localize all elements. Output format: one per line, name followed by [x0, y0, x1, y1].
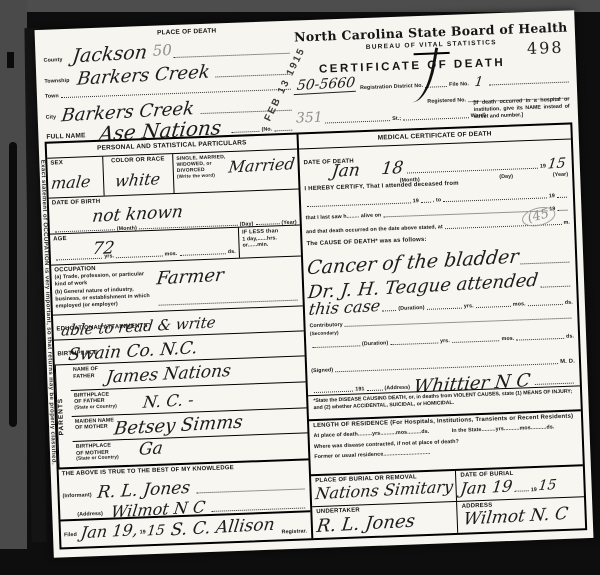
dotted-line [540, 286, 570, 288]
duration-label: (Duration) [398, 305, 425, 313]
county-label: County [44, 57, 63, 64]
dotted-line [314, 391, 353, 393]
dotted-line [232, 131, 260, 133]
filed-year-printed: 19 [140, 530, 146, 537]
dotted-line [274, 130, 292, 132]
scanned-record: Exact statement of OCCUPATION is very im… [0, 0, 600, 575]
dotted-line [325, 120, 391, 123]
pencil-number: 351 [296, 111, 323, 126]
occupation-a-value: Farmer [156, 267, 225, 289]
scan-smudge [9, 142, 17, 427]
registrar-label: Registrar. [282, 529, 308, 537]
duration-ds: ds. [565, 300, 573, 307]
town-label: Town [45, 94, 59, 101]
dotted-line [534, 383, 573, 385]
registration-district-value: 50-5660 [294, 76, 358, 95]
burial-place-value: Nations Simitary [315, 479, 455, 503]
dotted-line [390, 342, 438, 345]
dotted-line [515, 490, 529, 492]
duration2-mos: mos. [502, 336, 515, 343]
duration-mos: mos. [513, 302, 526, 309]
dotted-line [557, 210, 567, 211]
st-label: St.; [392, 116, 401, 123]
mother-name-value: Betsey Simms [113, 413, 244, 438]
sex-label: SEX [50, 159, 99, 168]
dotted-line [159, 300, 298, 306]
scan-border-top [0, 0, 600, 12]
township-label: Township [44, 78, 69, 86]
father-name-label: NAME OF FATHER [73, 366, 107, 380]
race-label: COLOR OR RACE [106, 156, 169, 165]
mother-birthplace-value: Ga [138, 441, 164, 459]
dotted-line [516, 338, 564, 341]
personal-section-title: PERSONAL AND STATISTICAL PARTICULARS [97, 139, 247, 152]
marital-value: Married [228, 156, 296, 176]
dotted-line [179, 253, 225, 256]
dotted-line [382, 310, 396, 312]
father-name-value: James Nations [105, 363, 232, 387]
medical-section-title: MEDICAL CERTIFICATE OF DEATH [378, 130, 492, 142]
sex-value: male [50, 174, 91, 192]
father-birthplace-value: N. C. - [142, 392, 194, 411]
registered-no-label: Registered No. [427, 98, 466, 106]
medical-certificate-column: MEDICAL CERTIFICATE OF DEATH DATE OF DEA… [299, 125, 586, 539]
age-ds-label: ds. [228, 249, 236, 256]
dotted-line [421, 202, 431, 203]
certificate-header: PLACE OF DEATH County Jackson 50 Townshi… [35, 10, 579, 142]
hospital-note: [If death occurred in a hospital or inst… [473, 97, 570, 122]
age-yrs-label: yrs. [104, 254, 114, 261]
dotted-line [452, 340, 500, 343]
city-label: City [46, 115, 57, 122]
duration2-ds: ds. [566, 334, 574, 341]
secondary-label: (Secondary) [310, 331, 339, 338]
place-of-death-block: PLACE OF DEATH County Jackson 50 Townshi… [43, 21, 295, 142]
dotted-line [427, 308, 462, 310]
dod-year-printed: 19 [540, 164, 546, 171]
certify-19a: 19 [413, 198, 419, 205]
burial-year-value: 15 [538, 478, 558, 493]
file-no-label: File No. [449, 82, 469, 89]
residence-at-place: At place of death.........yrs..........m… [313, 428, 451, 440]
county-value: Jackson [71, 43, 148, 66]
dotted-line [56, 258, 102, 261]
mother-name-label: MAIDEN NAME OF MOTHER [75, 417, 115, 432]
duration2-yrs: yrs. [440, 338, 450, 345]
certify-to: , to [433, 198, 442, 205]
contributory-label: Contributory [309, 322, 343, 330]
certificate-form: PERSONAL AND STATISTICAL PARTICULARS SEX… [45, 122, 588, 549]
burial-year-printed: 19 [531, 487, 537, 494]
occupation-a-label: (a) Trade, profession, or particular kin… [54, 271, 146, 288]
dotted-line [557, 197, 567, 198]
dotted-line [445, 224, 562, 229]
file-no-value: 1 [474, 76, 484, 90]
dotted-line [255, 223, 279, 225]
certify-19b: 19 [549, 194, 555, 201]
undertaker-value: R. L. Jones [316, 513, 416, 536]
dotted-line [367, 390, 383, 392]
death-certificate-page: Exact statement of OCCUPATION is very im… [35, 10, 594, 557]
dotted-line [528, 304, 563, 306]
if-less-line3: or......min. [242, 241, 297, 250]
filed-year-value: 15 [146, 523, 166, 538]
dob-value: not known [91, 204, 184, 226]
board-header-block: North Carolina State Board of Health BUR… [292, 11, 572, 133]
county-pencil-number: 50 [152, 43, 172, 59]
death-occurred-m: m. [563, 220, 570, 227]
duration2-label: (Duration) [362, 341, 389, 349]
age-mos-label: mos. [165, 251, 178, 258]
certificate-number: 498 [527, 38, 564, 58]
dotted-line [116, 256, 162, 259]
scan-smudge [7, 52, 14, 68]
personal-particulars-column: PERSONAL AND STATISTICAL PARTICULARS SEX… [47, 134, 314, 547]
filed-date-value: Jan 19, [80, 522, 139, 541]
marital-label: SINGLE, MARRIED, WIDOWED, or DIVORCED [176, 154, 229, 174]
dod-year-value: 15 [547, 157, 567, 172]
dotted-line [488, 82, 568, 86]
occupation-b-label: (b) General nature of industry, business… [55, 286, 156, 309]
cause-of-death-line3: this case [308, 298, 381, 318]
dotted-line [403, 117, 469, 120]
residence-in-state: In the State.........yrs..........mos...… [452, 424, 578, 435]
dotted-line [476, 306, 511, 308]
dotted-line [312, 345, 360, 348]
filed-label: Filed [64, 532, 77, 539]
undertaker-address-value: Wilmot N. C [463, 506, 569, 529]
date-of-death-value: Jan 18 [331, 160, 404, 181]
burial-date-value: Jan 19 [460, 479, 514, 498]
race-value: white [114, 171, 161, 190]
duration-yrs: yrs. [464, 304, 474, 311]
registrar-signature: S. C. Allison [169, 517, 275, 540]
